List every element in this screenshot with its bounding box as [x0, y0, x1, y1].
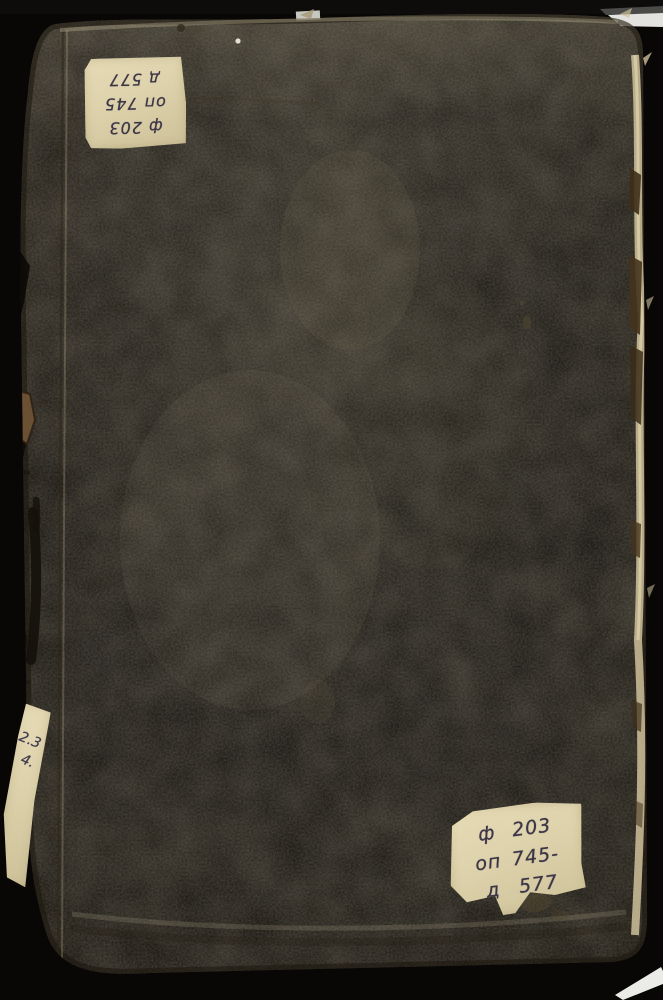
fond-number: ф 203 — [108, 114, 163, 139]
spine-label-line: 4. — [17, 750, 37, 774]
opis-number: оп 745 — [104, 90, 166, 116]
delo-number: д 577 — [108, 66, 160, 91]
scanned-book-cover-photo: ф 203 оп 745 д 577 ф 203 оп 745- д 577 2… — [0, 0, 663, 1000]
archive-label-upside-down-text: ф 203 оп 745 д 577 — [103, 66, 167, 140]
archive-label-top-left: ф 203 оп 745 д 577 — [82, 55, 188, 150]
